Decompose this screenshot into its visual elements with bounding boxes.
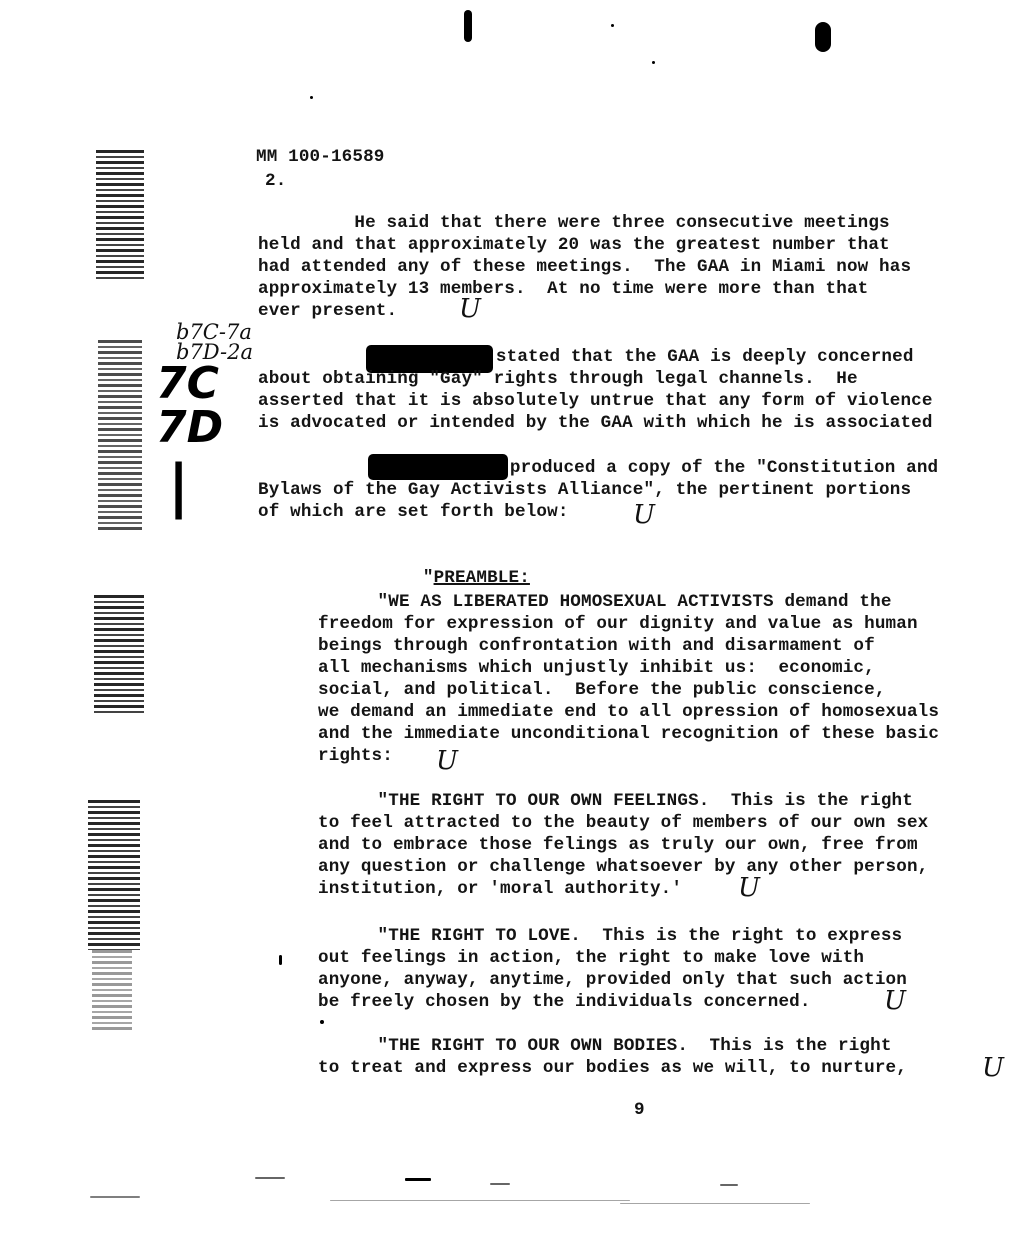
- unclassified-mark: U: [633, 500, 655, 530]
- text-line: produced a copy of the "Constitution and: [360, 458, 938, 478]
- page-index: 2.: [265, 171, 286, 191]
- scan-artifact-binding-mid: [98, 340, 142, 530]
- marginal-bar: |: [168, 452, 189, 520]
- text-line: Bylaws of the Gay Activists Alliance", t…: [258, 480, 911, 500]
- text-line: stated that the GAA is deeply concerned: [346, 347, 914, 367]
- text-line: He said that there were three consecutiv…: [258, 213, 890, 233]
- text-line: to feel attracted to the beauty of membe…: [318, 813, 928, 833]
- unclassified-mark: U: [436, 746, 458, 776]
- text-line: all mechanisms which unjustly inhibit us…: [318, 658, 875, 678]
- scan-artifact-binding-top: [96, 150, 144, 280]
- heading-text: PREAMBLE:: [434, 568, 530, 588]
- text-line: institution, or 'moral authority.': [318, 879, 682, 899]
- scan-speck: [330, 1200, 630, 1201]
- paragraph-right-love: "THE RIGHT TO LOVE. This is the right to…: [318, 926, 361, 1046]
- scan-speck: [652, 61, 655, 64]
- scan-artifact-binding-tail: [92, 950, 132, 1030]
- paragraph-right-feelings: "THE RIGHT TO OUR OWN FEELINGS. This is …: [318, 791, 361, 931]
- text-line: anyone, anyway, anytime, provided only t…: [318, 970, 907, 990]
- paragraph-meetings: He said that there were three consecutiv…: [258, 213, 301, 353]
- text-line: ever present.: [258, 301, 397, 321]
- paragraph-gaa-concern: stated that the GAA is deeply concerned …: [258, 347, 301, 467]
- scan-artifact-binding-low: [94, 595, 144, 715]
- text-line: we demand an immediate end to all opress…: [318, 702, 939, 722]
- text-line: held and that approximately 20 was the g…: [258, 235, 890, 255]
- marginal-code-7d: 7D: [156, 402, 223, 453]
- scan-speck: [490, 1183, 510, 1185]
- scan-speck: [255, 1177, 285, 1179]
- text-line: rights:: [318, 746, 393, 766]
- text-line: and to embrace those felings as truly ou…: [318, 835, 918, 855]
- text-line: "WE AS LIBERATED HOMOSEXUAL ACTIVISTS de…: [324, 592, 892, 612]
- text-line: social, and political. Before the public…: [318, 680, 886, 700]
- scan-speck: [464, 10, 472, 42]
- file-number: MM 100-16589: [256, 147, 385, 167]
- paragraph-right-bodies: "THE RIGHT TO OUR OWN BODIES. This is th…: [318, 1036, 361, 1116]
- scan-speck: [720, 1184, 738, 1186]
- text-line: had attended any of these meetings. The …: [258, 257, 911, 277]
- text-line: out feelings in action, the right to mak…: [318, 948, 864, 968]
- text-line: and the immediate unconditional recognit…: [318, 724, 939, 744]
- page-number: 9: [634, 1100, 645, 1120]
- scan-speck: [405, 1178, 431, 1181]
- text-line: "THE RIGHT TO LOVE. This is the right to…: [324, 926, 902, 946]
- text-line: beings through confrontation with and di…: [318, 636, 875, 656]
- scan-speck: [611, 24, 614, 27]
- unclassified-mark: U: [459, 294, 481, 324]
- unclassified-mark: U: [738, 873, 760, 903]
- text-line: approximately 13 members. At no time wer…: [258, 279, 868, 299]
- scan-speck: [90, 1196, 140, 1198]
- scan-artifact-binding-bottom: [88, 800, 140, 950]
- unclassified-mark: U: [884, 986, 906, 1016]
- scan-speck: [310, 96, 313, 99]
- text-line: of which are set forth below:: [258, 502, 569, 522]
- unclassified-mark: U: [982, 1053, 1004, 1083]
- paragraph-constitution: produced a copy of the "Constitution and…: [258, 458, 301, 558]
- paragraph-preamble: "WE AS LIBERATED HOMOSEXUAL ACTIVISTS de…: [318, 592, 361, 792]
- heading-quote: ": [423, 568, 434, 588]
- text-line: "THE RIGHT TO OUR OWN FEELINGS. This is …: [324, 791, 913, 811]
- document-page: MM 100-16589 2. He said that there were …: [0, 0, 1020, 1249]
- text-line: asserted that it is absolutely untrue th…: [258, 391, 933, 411]
- text-line: be freely chosen by the individuals conc…: [318, 992, 811, 1012]
- scan-speck: [815, 22, 831, 52]
- text-line: is advocated or intended by the GAA with…: [258, 413, 933, 433]
- text-line: freedom for expression of our dignity an…: [318, 614, 918, 634]
- scan-speck: [320, 1020, 324, 1024]
- text-line: "THE RIGHT TO OUR OWN BODIES. This is th…: [324, 1036, 892, 1056]
- scan-speck: [279, 955, 282, 965]
- scan-speck: [620, 1203, 810, 1204]
- text-line: any question or challenge whatsoever by …: [318, 857, 928, 877]
- text-line: to treat and express our bodies as we wi…: [318, 1058, 907, 1078]
- text-line: about obtaining "Gay" rights through leg…: [258, 369, 858, 389]
